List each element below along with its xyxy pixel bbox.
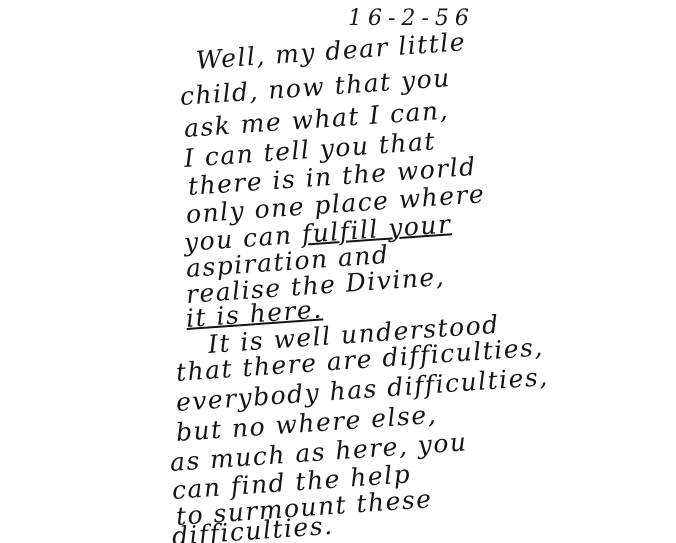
handwritten-letter-page: 16-2-56 Well, my dear little child, now … — [0, 0, 676, 543]
